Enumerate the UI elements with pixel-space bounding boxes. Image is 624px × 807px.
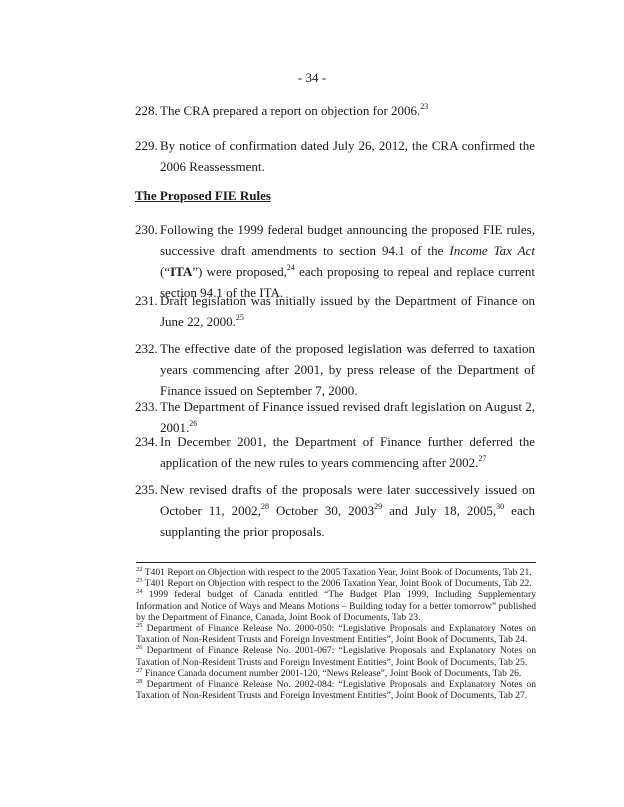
paragraph-text: The CRA prepared a report on objection f… bbox=[135, 100, 535, 121]
paragraph-number: 228. bbox=[135, 100, 158, 121]
footnote-text: Department of Finance Release No. 2001-0… bbox=[136, 645, 536, 667]
footnote-26: 26 Department of Finance Release No. 200… bbox=[136, 645, 536, 667]
paragraph-body: The Department of Finance issued revised… bbox=[160, 399, 535, 435]
paragraph-body: The effective date of the proposed legis… bbox=[135, 338, 535, 401]
footnote-28: 28 Department of Finance Release No. 200… bbox=[136, 679, 536, 701]
footnote-ref[interactable]: 26 bbox=[189, 419, 197, 428]
footnotes: 22 T401 Report on Objection with respect… bbox=[136, 567, 536, 701]
paragraph-number: 230. bbox=[135, 219, 158, 240]
paragraph-text: Draft legislation was initially issued b… bbox=[135, 290, 535, 332]
paragraph-number: 232. bbox=[135, 338, 158, 359]
footnote-23: 23 T401 Report on Objection with respect… bbox=[136, 578, 536, 589]
footnote-text: T401 Report on Objection with respect to… bbox=[143, 578, 532, 589]
footnote-25: 25 Department of Finance Release No. 200… bbox=[136, 623, 536, 645]
footnote-ref[interactable]: 25 bbox=[236, 313, 244, 322]
paragraph-number: 233. bbox=[135, 396, 158, 417]
footnote-ref[interactable]: 28 bbox=[261, 502, 269, 511]
paragraph-229: 229. By notice of confirmation dated Jul… bbox=[135, 135, 535, 177]
footnote-ref[interactable]: 30 bbox=[496, 502, 504, 511]
footnote-text: Finance Canada document number 2001-120,… bbox=[143, 668, 522, 679]
paragraph-body: By notice of confirmation dated July 26,… bbox=[135, 135, 535, 177]
page-number: - 34 - bbox=[0, 70, 624, 86]
paragraph-body: In December 2001, the Department of Fina… bbox=[160, 434, 535, 470]
paragraph-number: 231. bbox=[135, 290, 158, 311]
footnote-ref[interactable]: 29 bbox=[374, 502, 382, 511]
paragraph-body: October 30, 2003 bbox=[269, 503, 374, 518]
paragraph-body: (“ bbox=[160, 264, 170, 279]
footnote-text: Department of Finance Release No. 2002-0… bbox=[136, 679, 536, 701]
footnote-24: 24 1999 federal budget of Canada entitle… bbox=[136, 589, 536, 623]
paragraph-number: 234. bbox=[135, 431, 158, 452]
paragraph-232: 232. The effective date of the proposed … bbox=[135, 338, 535, 401]
paragraph-231: 231. Draft legislation was initially iss… bbox=[135, 290, 535, 332]
footnote-text: T401 Report on Objection with respect to… bbox=[143, 567, 532, 578]
paragraph-text: New revised drafts of the proposals were… bbox=[135, 479, 535, 542]
paragraph-text: In December 2001, the Department of Fina… bbox=[135, 431, 535, 473]
footnote-22: 22 T401 Report on Objection with respect… bbox=[136, 567, 536, 578]
footnote-ref[interactable]: 23 bbox=[420, 102, 428, 111]
act-title: Income Tax Act bbox=[449, 243, 535, 258]
paragraph-number: 235. bbox=[135, 479, 158, 500]
paragraph-body: The CRA prepared a report on objection f… bbox=[160, 103, 420, 118]
footnote-ref[interactable]: 24 bbox=[287, 263, 295, 272]
footnote-27: 27 Finance Canada document number 2001-1… bbox=[136, 668, 536, 679]
footnote-text: Department of Finance Release No. 2000-0… bbox=[136, 623, 536, 645]
paragraph-body: Draft legislation was initially issued b… bbox=[160, 293, 535, 329]
footnote-ref[interactable]: 27 bbox=[478, 454, 486, 463]
paragraph-body: and July 18, 2005, bbox=[382, 503, 496, 518]
defined-term: ITA bbox=[170, 264, 192, 279]
paragraph-number: 229. bbox=[135, 135, 158, 156]
footnote-text: 1999 federal budget of Canada entitled “… bbox=[136, 589, 536, 622]
paragraph-body: ”) were proposed, bbox=[192, 264, 287, 279]
paragraph-234: 234. In December 2001, the Department of… bbox=[135, 431, 535, 473]
paragraph-235: 235. New revised drafts of the proposals… bbox=[135, 479, 535, 542]
footnote-divider bbox=[136, 562, 536, 563]
paragraph-228: 228. The CRA prepared a report on object… bbox=[135, 100, 535, 121]
section-heading: The Proposed FIE Rules bbox=[135, 188, 271, 204]
